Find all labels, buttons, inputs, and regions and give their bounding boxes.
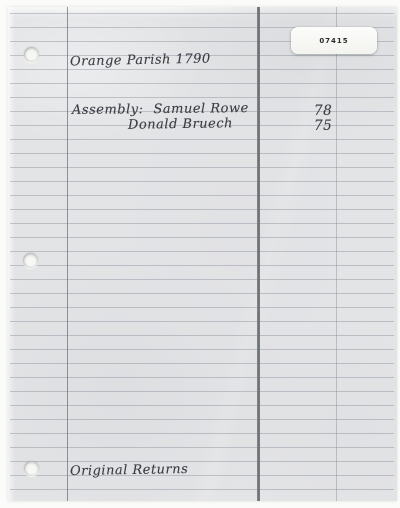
page-title-handwritten: Orange Parish 1790: [70, 52, 211, 70]
notebook-page: 07415 Orange Parish 1790 Assembly:Samuel…: [8, 7, 397, 501]
punch-hole-top: [24, 47, 39, 62]
right-column-line: [336, 7, 337, 501]
entry-value-2: 75: [314, 118, 332, 134]
entry-name-1: Samuel Rowe: [153, 101, 248, 117]
punch-hole-middle: [23, 253, 38, 268]
catalog-number: 07415: [319, 37, 348, 45]
center-column-line: [257, 7, 260, 501]
assembly-label: Assembly:: [72, 102, 144, 118]
punch-hole-bottom: [24, 461, 39, 476]
assembly-row: Assembly:Samuel Rowe: [72, 101, 249, 118]
footer-note-handwritten: Original Returns: [70, 462, 189, 479]
entry-name-2: Donald Bruech: [128, 116, 233, 132]
entry-value-1: 78: [314, 103, 332, 119]
left-margin-line: [67, 7, 68, 501]
scanner-background: 07415 Orange Parish 1790 Assembly:Samuel…: [0, 0, 400, 508]
catalog-sticker: 07415: [291, 27, 377, 54]
